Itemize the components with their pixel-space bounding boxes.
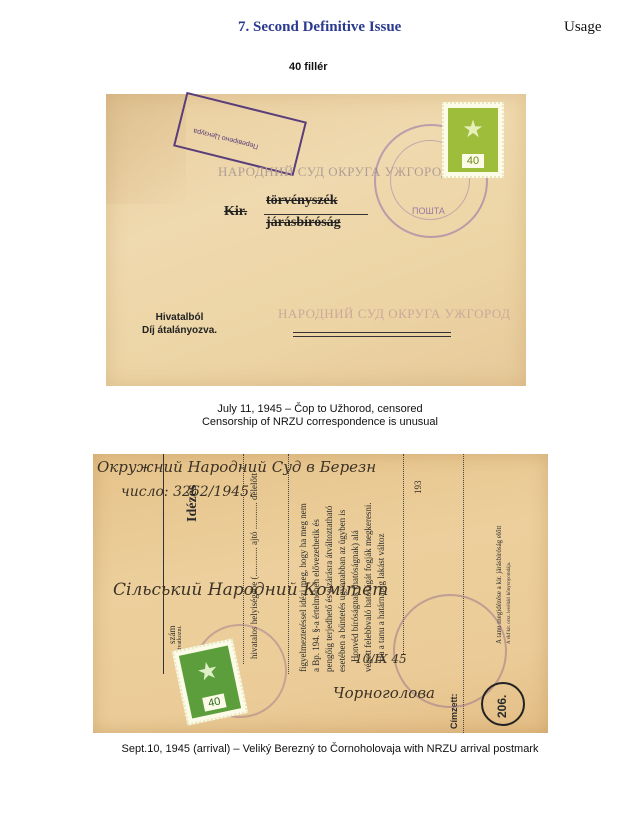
printed-kir: Kir. xyxy=(224,204,247,220)
printed-court-2: járásbíróság xyxy=(266,215,341,231)
postmark-date: 10/IX 45 xyxy=(355,652,407,666)
address-line xyxy=(293,332,451,337)
handwritten-place: Чорноголова xyxy=(333,684,435,702)
stamp-value: 40 xyxy=(462,154,484,168)
section-label: Usage xyxy=(564,19,602,36)
page-title: 7. Second Definitive Issue xyxy=(238,19,401,36)
court-cachet-bottom: НАРОДНИЙ СУД ОКРУГА УЖГОРОД xyxy=(278,306,511,322)
star-icon: ★ xyxy=(448,118,498,142)
paper-fold xyxy=(106,94,186,204)
handwritten-recipient: Сільський Народний Комітет xyxy=(113,580,388,600)
cover-image-1: Перевірено Цензура НАРОДНИЙ СУД ОКРУГА У… xyxy=(106,94,526,386)
postage-stamp: ★ 40 xyxy=(442,102,504,178)
caption-2: Sept.10, 1945 (arrival) – Veliký Berezný… xyxy=(100,743,560,756)
star-icon: ★ xyxy=(181,655,235,689)
postmark-text: ПОШТА xyxy=(412,206,445,216)
form-number-circle: 206. xyxy=(481,682,525,726)
handwritten-sender: Окружний Народний Суд в Березн xyxy=(97,458,376,476)
franking-text: Hivatalból Díj átalányozva. xyxy=(142,311,217,337)
form-title: Idézés xyxy=(185,485,201,522)
stamp-value: 40 xyxy=(202,693,226,711)
caption-1: July 11, 1945 – Čop to Užhorod, censored… xyxy=(150,403,490,429)
cover-image-2: Окружний Народний Суд в Березн число: 32… xyxy=(93,454,548,733)
printed-court-1: törvényszék xyxy=(266,193,338,209)
stamp-denomination-heading: 40 fillér xyxy=(289,61,328,73)
